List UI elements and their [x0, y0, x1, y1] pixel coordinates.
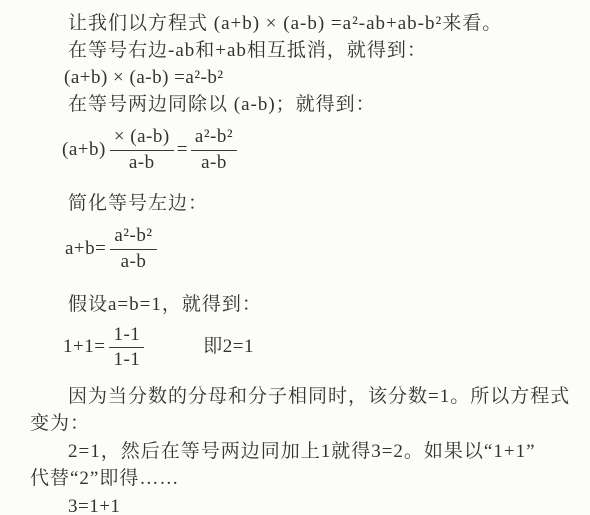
fraction-denominator: a-b [110, 151, 174, 174]
paragraph-line: 2=1，然后在等号两边同加上1就得3=2。如果以“1+1” [30, 438, 572, 465]
paragraph-cancel-terms: 在等号右边-ab和+ab相互抵消，就得到： [30, 37, 572, 64]
formula-conclusion: 即2=1 [203, 336, 254, 357]
fraction-numerator: a²-b² [110, 226, 156, 250]
fraction-numerator: a²-b² [191, 127, 237, 151]
fraction: a²-b²a-b [110, 226, 156, 273]
equals-sign: = [177, 139, 188, 160]
paragraph-simplify-left: 简化等号左边： [30, 190, 572, 217]
formula-final: 3=1+1 [68, 493, 572, 515]
fraction-numerator: 1-1 [109, 325, 144, 349]
formula-simplified: a+b=a²-b²a-b [65, 226, 572, 273]
fraction-denominator: a-b [191, 151, 237, 174]
fraction-denominator: 1-1 [109, 348, 144, 371]
paragraph-fraction-equals-one: 因为当分数的分母和分子相同时，该分数=1。所以方程式 变为： [30, 383, 572, 437]
formula-substituted: 1+1=1-11-1即2=1 [63, 325, 572, 372]
paragraph-divide-both-sides: 在等号两边同除以 (a-b)；就得到： [30, 91, 572, 118]
fraction: 1-11-1 [109, 325, 144, 372]
fraction-denominator: a-b [110, 250, 156, 273]
paragraph-line: 因为当分数的分母和分子相同时，该分数=1。所以方程式 [30, 383, 572, 410]
paragraph-line: 代替“2”即得…… [30, 465, 572, 492]
paragraph-intro: 让我们以方程式 (a+b) × (a-b) =a²-ab+ab-b²来看。 [30, 10, 572, 37]
formula-division-step: (a+b)× (a-b)a-b=a²-b²a-b [62, 127, 572, 174]
formula-prefix: 1+1= [63, 336, 105, 357]
fraction-right: a²-b²a-b [191, 127, 237, 174]
formula-prefix: a+b= [65, 238, 106, 259]
formula-difference-of-squares: (a+b) × (a-b) =a²-b² [64, 64, 572, 91]
paragraph-add-one-both-sides: 2=1，然后在等号两边同加上1就得3=2。如果以“1+1” 代替“2”即得…… [30, 438, 572, 492]
document-page: 让我们以方程式 (a+b) × (a-b) =a²-ab+ab-b²来看。 在等… [0, 0, 590, 515]
formula-prefix: (a+b) [62, 139, 106, 160]
paragraph-line: 变为： [30, 410, 572, 437]
fraction-left: × (a-b)a-b [110, 127, 174, 174]
paragraph-assume-values: 假设a=b=1，就得到： [30, 291, 572, 318]
fraction-numerator: × (a-b) [110, 127, 174, 151]
